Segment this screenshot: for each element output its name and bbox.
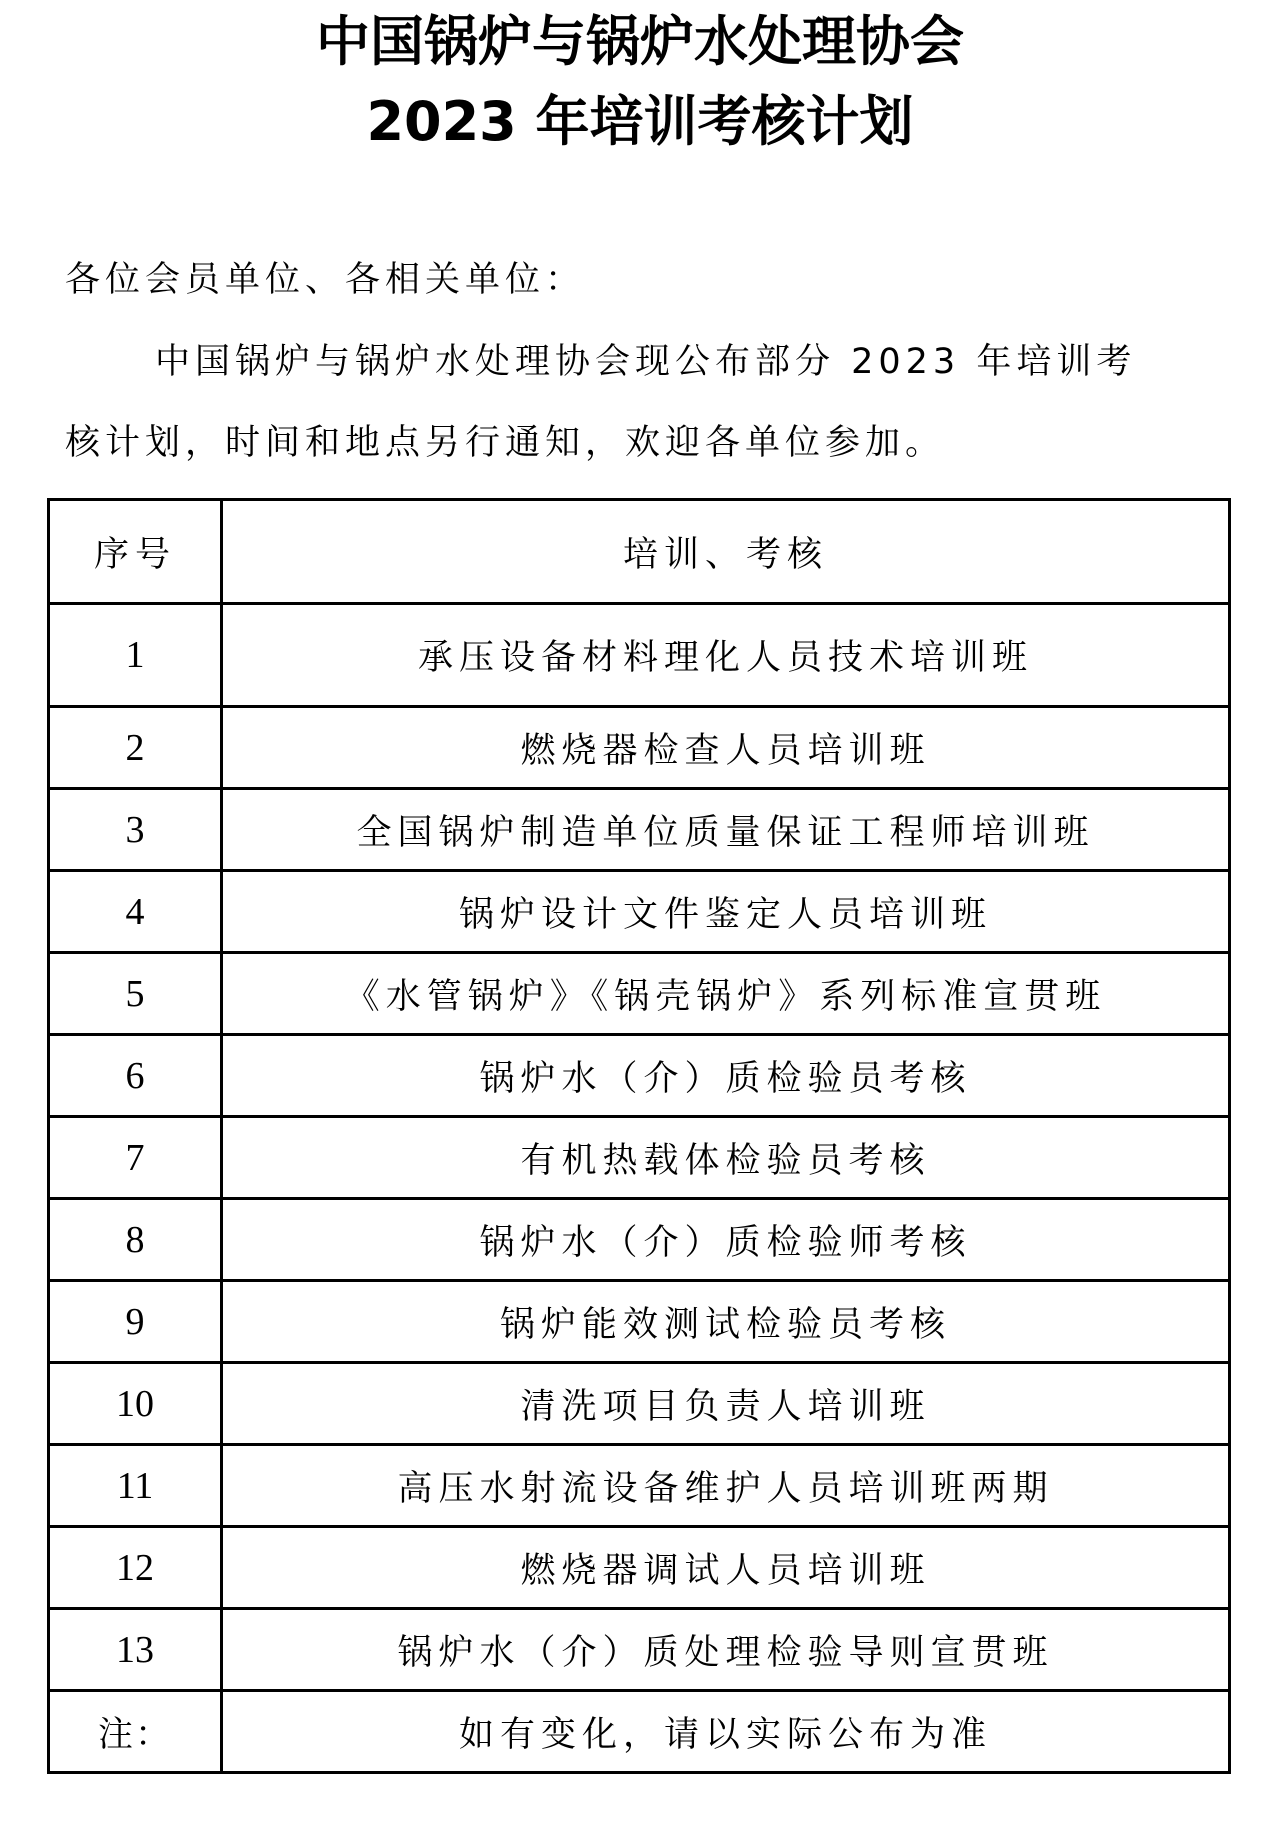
row-item: 锅炉水（介）质处理检验导则宣贯班 — [222, 1609, 1230, 1691]
table-row: 13 锅炉水（介）质处理检验导则宣贯班 — [49, 1609, 1230, 1691]
row-item: 清洗项目负责人培训班 — [222, 1363, 1230, 1445]
table-row: 8 锅炉水（介）质检验师考核 — [49, 1199, 1230, 1281]
row-number: 4 — [49, 871, 222, 953]
row-item: 有机热载体检验员考核 — [222, 1117, 1230, 1199]
table-note-row: 注： 如有变化，请以实际公布为准 — [49, 1691, 1230, 1773]
document-title: 中国锅炉与锅炉水处理协会 — [0, 12, 1280, 72]
row-item: 锅炉水（介）质检验师考核 — [222, 1199, 1230, 1281]
table-row: 11 高压水射流设备维护人员培训班两期 — [49, 1445, 1230, 1527]
row-number: 12 — [49, 1527, 222, 1609]
table-row: 2 燃烧器检查人员培训班 — [49, 707, 1230, 789]
row-number: 10 — [49, 1363, 222, 1445]
row-number: 3 — [49, 789, 222, 871]
table-row: 6 锅炉水（介）质检验员考核 — [49, 1035, 1230, 1117]
row-number: 13 — [49, 1609, 222, 1691]
document-subtitle: 2023 年培训考核计划 — [0, 92, 1280, 152]
row-item: 《水管锅炉》《锅壳锅炉》系列标准宣贯班 — [222, 953, 1230, 1035]
row-number: 7 — [49, 1117, 222, 1199]
header-number: 序号 — [49, 500, 222, 604]
table-row: 10 清洗项目负责人培训班 — [49, 1363, 1230, 1445]
table-row: 1 承压设备材料理化人员技术培训班 — [49, 604, 1230, 707]
row-item: 承压设备材料理化人员技术培训班 — [222, 604, 1230, 707]
note-label: 注： — [49, 1691, 222, 1773]
row-number: 6 — [49, 1035, 222, 1117]
table-row: 12 燃烧器调试人员培训班 — [49, 1527, 1230, 1609]
table-header-row: 序号 培训、考核 — [49, 500, 1230, 604]
body-paragraph-line-1: 中国锅炉与锅炉水处理协会现公布部分 2023 年培训考 — [155, 342, 1280, 382]
row-number: 5 — [49, 953, 222, 1035]
row-number: 2 — [49, 707, 222, 789]
row-item: 燃烧器检查人员培训班 — [222, 707, 1230, 789]
header-item: 培训、考核 — [222, 500, 1230, 604]
table-row: 9 锅炉能效测试检验员考核 — [49, 1281, 1230, 1363]
row-item: 全国锅炉制造单位质量保证工程师培训班 — [222, 789, 1230, 871]
row-number: 8 — [49, 1199, 222, 1281]
table-row: 3 全国锅炉制造单位质量保证工程师培训班 — [49, 789, 1230, 871]
training-plan-table: 序号 培训、考核 1 承压设备材料理化人员技术培训班 2 燃烧器检查人员培训班 … — [47, 498, 1231, 1774]
row-item: 高压水射流设备维护人员培训班两期 — [222, 1445, 1230, 1527]
row-number: 1 — [49, 604, 222, 707]
salutation: 各位会员单位、各相关单位： — [65, 260, 1225, 300]
table-row: 7 有机热载体检验员考核 — [49, 1117, 1230, 1199]
row-item: 锅炉设计文件鉴定人员培训班 — [222, 871, 1230, 953]
row-item: 锅炉能效测试检验员考核 — [222, 1281, 1230, 1363]
body-paragraph-line-2: 核计划，时间和地点另行通知，欢迎各单位参加。 — [65, 423, 1225, 463]
row-item: 锅炉水（介）质检验员考核 — [222, 1035, 1230, 1117]
table-row: 4 锅炉设计文件鉴定人员培训班 — [49, 871, 1230, 953]
row-item: 燃烧器调试人员培训班 — [222, 1527, 1230, 1609]
table-row: 5 《水管锅炉》《锅壳锅炉》系列标准宣贯班 — [49, 953, 1230, 1035]
row-number: 11 — [49, 1445, 222, 1527]
row-number: 9 — [49, 1281, 222, 1363]
note-text: 如有变化，请以实际公布为准 — [222, 1691, 1230, 1773]
